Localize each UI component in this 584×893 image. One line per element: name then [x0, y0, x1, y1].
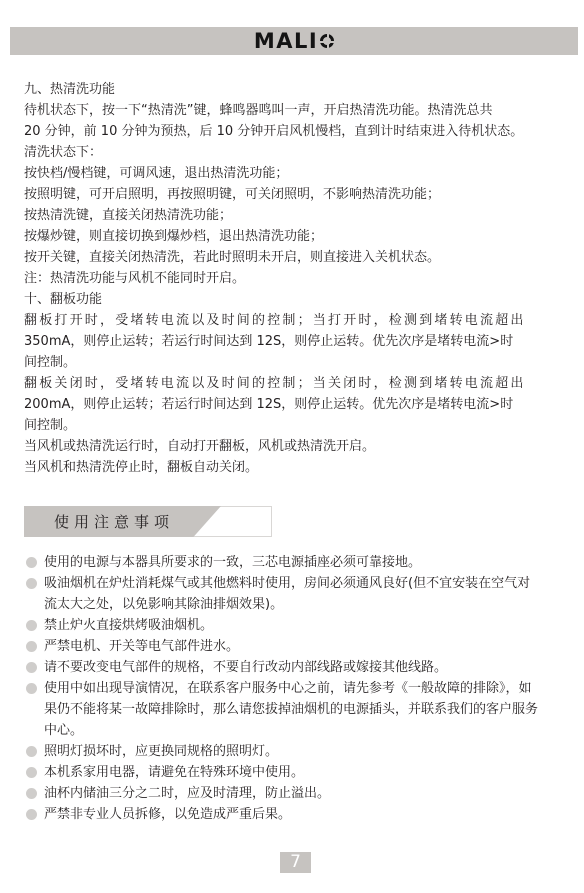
bullet-icon — [26, 788, 37, 799]
list-item-text: 流太大之处，以免影响其除油排烟效果)。 — [44, 594, 569, 615]
list-item: 使用中如出现导演情况，在联系客户服务中心之前，请先参考《一般故障的排除》，如 果… — [24, 678, 569, 741]
list-item-text: 严禁非专业人员拆修，以免造成严重后果。 — [44, 804, 569, 825]
paragraph-line: 间控制。 — [24, 352, 569, 373]
header-bar: MALI — [10, 27, 578, 55]
notes-list: 使用的电源与本器具所要求的一致，三芯电源插座必须可靠接地。 吸油烟机在炉灶消耗煤… — [24, 552, 569, 825]
list-item: 禁止炉火直接烘烤吸油烟机。 — [24, 615, 569, 636]
paragraph-line: 翻板打开时，受堵转电流以及时间的控制；当打开时，检测到堵转电流超出 — [24, 310, 569, 331]
paragraph-line: 待机状态下，按一下“热清洗”键，蜂鸣器鸣叫一声，开启热清洗功能。热清洗总共 — [24, 100, 569, 121]
list-item: 请不要改变电气部件的规格，不要自行改动内部线路或嫁接其他线路。 — [24, 657, 569, 678]
section-title-flap: 十、翻板功能 — [24, 289, 569, 310]
list-item: 严禁电机、开关等电气部件进水。 — [24, 636, 569, 657]
paragraph-line: 20 分钟，前 10 分钟为预热，后 10 分钟开启风机慢档，直到计时结束进入待… — [24, 121, 569, 142]
paragraph-line: 当风机和热清洗停止时，翻板自动关闭。 — [24, 457, 569, 478]
list-item: 使用的电源与本器具所要求的一致，三芯电源插座必须可靠接地。 — [24, 552, 569, 573]
paragraph-line: 按热清洗键，直接关闭热清洗功能； — [24, 205, 569, 226]
paragraph-line: 200mA，则停止运转；若运行时间达到 12S，则停止运转。优先次序是堵转电流>… — [24, 394, 569, 415]
list-item-text: 照明灯损坏时，应更换同规格的照明灯。 — [44, 741, 569, 762]
section-title-hot-clean: 九、热清洗功能 — [24, 79, 569, 100]
paragraph-line: 当风机或热清洗运行时，自动打开翻板，风机或热清洗开启。 — [24, 436, 569, 457]
banner-title: 使用注意事项 — [54, 511, 174, 532]
paragraph-line: 按快档/慢档键，可调风速，退出热清洗功能； — [24, 163, 569, 184]
bullet-icon — [26, 683, 37, 694]
bullet-icon — [26, 578, 37, 589]
bullet-icon — [26, 746, 37, 757]
paragraph-line: 翻板关闭时，受堵转电流以及时间的控制；当关闭时，检测到堵转电流超出 — [24, 373, 569, 394]
body-text: 九、热清洗功能 待机状态下，按一下“热清洗”键，蜂鸣器鸣叫一声，开启热清洗功能。… — [24, 79, 569, 478]
brand-logo-o-icon — [320, 34, 334, 48]
bullet-icon — [26, 662, 37, 673]
list-item-text: 使用中如出现导演情况，在联系客户服务中心之前，请先参考《一般故障的排除》，如 — [44, 678, 569, 699]
bullet-icon — [26, 620, 37, 631]
bullet-icon — [26, 767, 37, 778]
bullet-icon — [26, 641, 37, 652]
paragraph-line: 清洗状态下： — [24, 142, 569, 163]
page-number: 7 — [280, 852, 311, 873]
list-item-text: 中心。 — [44, 720, 569, 741]
section-banner: 使用注意事项 — [24, 506, 272, 537]
list-item: 本机系家用电器，请避免在特殊环境中使用。 — [24, 762, 569, 783]
list-item-text: 禁止炉火直接烘烤吸油烟机。 — [44, 615, 569, 636]
list-item-text: 油杯内储油三分之二时，应及时清理，防止溢出。 — [44, 783, 569, 804]
paragraph-line: 按照明键，可开启照明，再按照明键，可关闭照明，不影响热清洗功能； — [24, 184, 569, 205]
list-item-text: 本机系家用电器，请避免在特殊环境中使用。 — [44, 762, 569, 783]
list-item-text: 果仍不能将某一故障排除时，那么请您拔掉油烟机的电源插头，并联系我们的客户服务 — [44, 699, 569, 720]
list-item-text: 严禁电机、开关等电气部件进水。 — [44, 636, 569, 657]
paragraph-line: 间控制。 — [24, 415, 569, 436]
list-item-text: 吸油烟机在炉灶消耗煤气或其他燃料时使用，房间必须通风良好(但不宜安装在空气对 — [44, 573, 569, 594]
brand-text: MALI — [254, 29, 318, 53]
brand-logo: MALI — [254, 29, 334, 53]
list-item: 照明灯损坏时，应更换同规格的照明灯。 — [24, 741, 569, 762]
list-item: 吸油烟机在炉灶消耗煤气或其他燃料时使用，房间必须通风良好(但不宜安装在空气对 流… — [24, 573, 569, 615]
paragraph-line: 350mA，则停止运转；若运行时间达到 12S，则停止运转。优先次序是堵转电流>… — [24, 331, 569, 352]
bullet-icon — [26, 557, 37, 568]
list-item: 严禁非专业人员拆修，以免造成严重后果。 — [24, 804, 569, 825]
paragraph-line: 按爆炒键，则直接切换到爆炒档，退出热清洗功能； — [24, 226, 569, 247]
paragraph-line: 按开关键，直接关闭热清洗，若此时照明未开启，则直接进入关机状态。 — [24, 247, 569, 268]
list-item-text: 使用的电源与本器具所要求的一致，三芯电源插座必须可靠接地。 — [44, 552, 569, 573]
paragraph-line: 注：热清洗功能与风机不能同时开启。 — [24, 268, 569, 289]
list-item-text: 请不要改变电气部件的规格，不要自行改动内部线路或嫁接其他线路。 — [44, 657, 569, 678]
list-item: 油杯内储油三分之二时，应及时清理，防止溢出。 — [24, 783, 569, 804]
bullet-icon — [26, 809, 37, 820]
